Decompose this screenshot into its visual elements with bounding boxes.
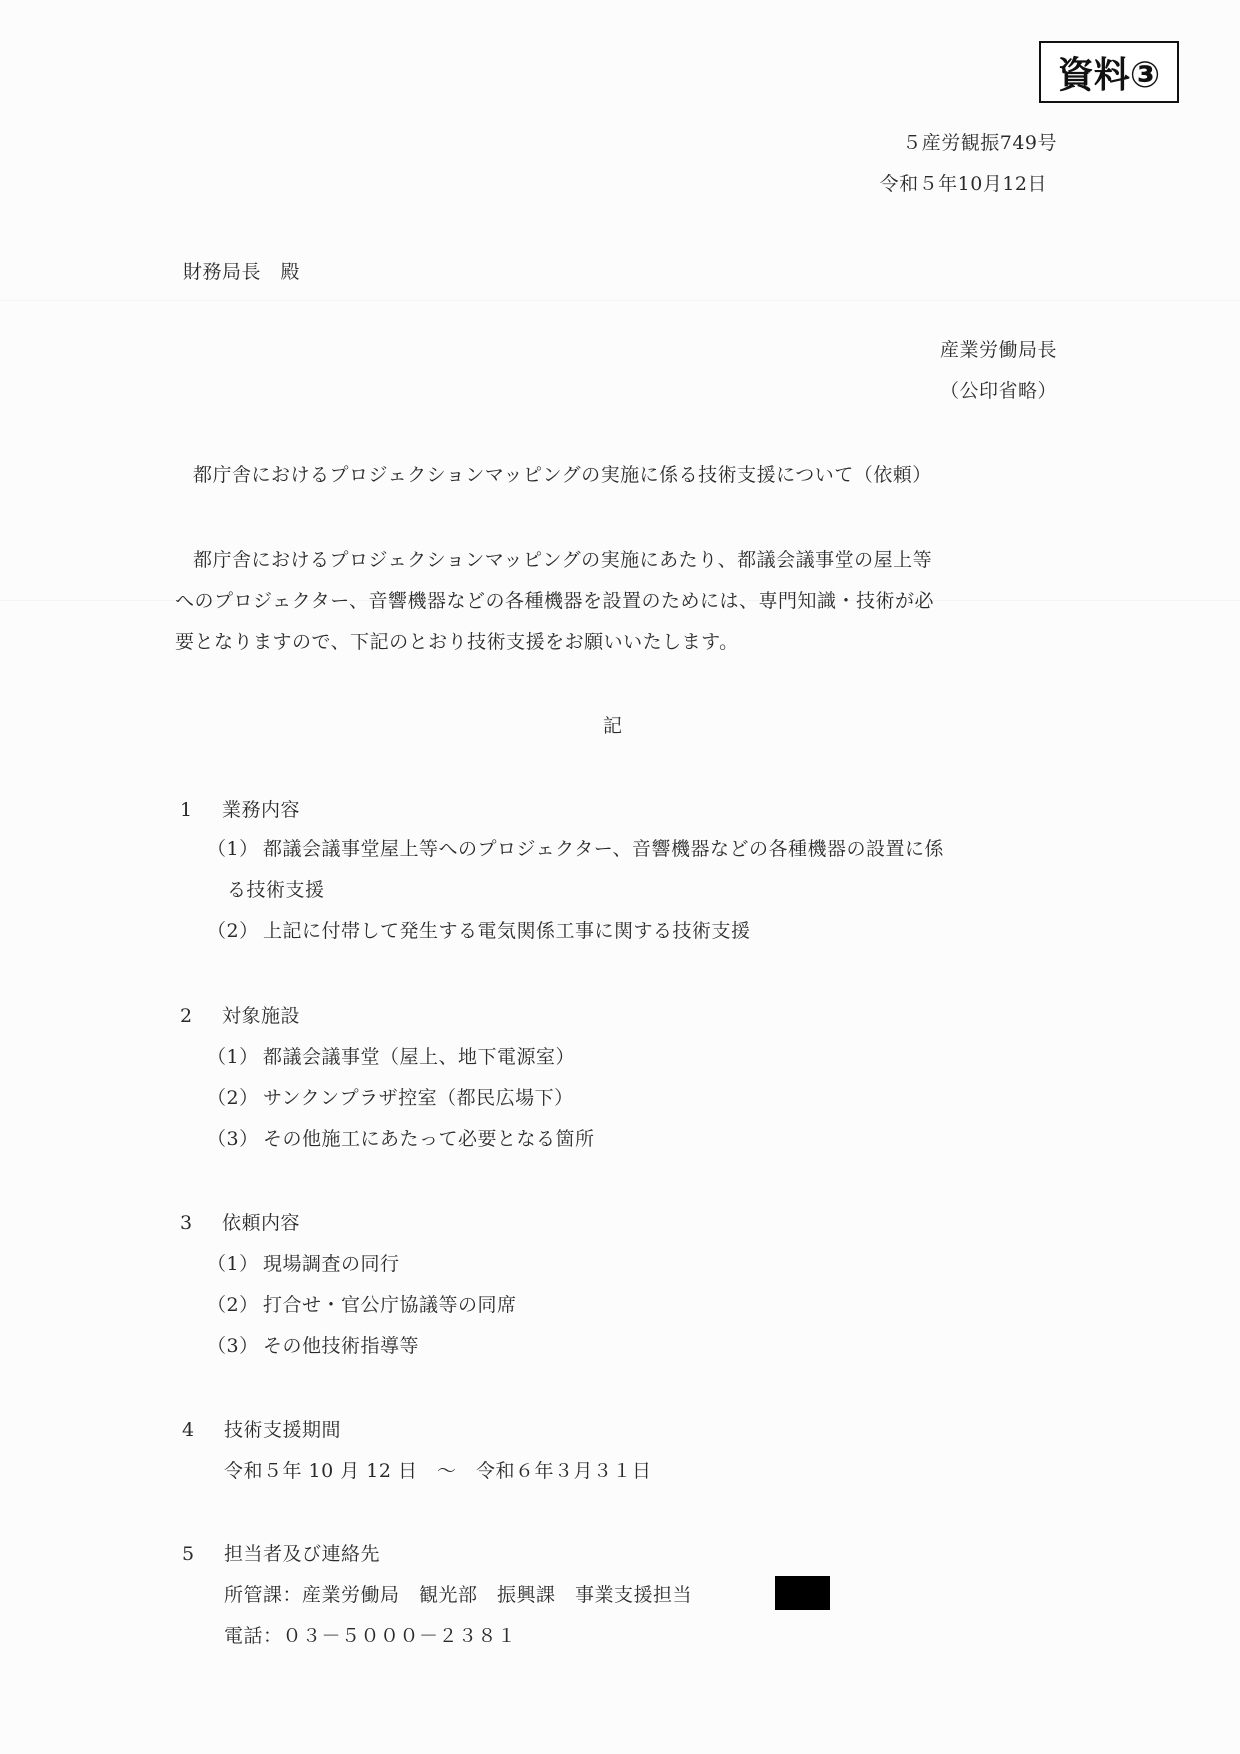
ki-heading: 記	[603, 717, 623, 736]
document-label-box: 資料③	[1039, 41, 1179, 103]
document-title: 都庁舎におけるプロジェクションマッピングの実施に係る技術支援について（依頼）	[193, 466, 932, 485]
item-text: 上記に付帯して発生する電気関係工事に関する技術支援	[263, 922, 751, 941]
section-number: 1	[180, 801, 193, 820]
document-number: ５産労観振749号	[902, 134, 1057, 153]
document-date: 令和５年10月12日	[880, 175, 1047, 194]
section-number: 2	[180, 1007, 193, 1026]
redacted-block	[775, 1576, 830, 1610]
section-number: 3	[180, 1214, 193, 1233]
item-text: その他技術指導等	[263, 1337, 419, 1356]
item-number: （3）	[207, 1337, 259, 1356]
phone-number: 電話：０３－５０００－２３８１	[224, 1627, 517, 1646]
section-number: 5	[182, 1545, 195, 1564]
item-text: 都議会議事堂（屋上、地下電源室）	[263, 1048, 575, 1067]
section-heading: 担当者及び連絡先	[224, 1545, 380, 1564]
responsible-department: 所管課：産業労働局 観光部 振興課 事業支援担当	[224, 1586, 692, 1605]
item-text: 都議会議事堂屋上等へのプロジェクター、音響機器などの各種機器の設置に係	[263, 840, 944, 859]
item-number: （2）	[207, 1089, 259, 1108]
item-number: （3）	[207, 1130, 259, 1149]
section-heading: 技術支援期間	[224, 1421, 341, 1440]
body-line: へのプロジェクター、音響機器などの各種機器を設置のためには、専門知識・技術が必	[175, 592, 934, 611]
section-number: 4	[182, 1421, 195, 1440]
item-number: （1）	[207, 840, 259, 859]
support-period: 令和５年 10 月 12 日 ～ 令和６年３月３１日	[224, 1462, 652, 1481]
item-text: サンクンプラザ控室（都民広場下）	[263, 1089, 574, 1108]
sender: 産業労働局長	[940, 341, 1057, 360]
section-heading: 業務内容	[222, 801, 300, 820]
item-text: 現場調査の同行	[263, 1255, 400, 1274]
seal-note: （公印省略）	[940, 382, 1057, 401]
item-number: （2）	[207, 922, 259, 941]
item-number: （2）	[207, 1296, 259, 1315]
item-number: （1）	[207, 1255, 259, 1274]
item-text: 打合せ・官公庁協議等の同席	[263, 1296, 517, 1315]
section-heading: 対象施設	[222, 1007, 300, 1026]
item-text: その他施工にあたって必要となる箇所	[263, 1130, 595, 1149]
section-heading: 依頼内容	[222, 1214, 300, 1233]
item-number: （1）	[207, 1048, 259, 1067]
document-page: 資料③ ５産労観振749号 令和５年10月12日 財務局長 殿 産業労働局長 （…	[0, 0, 1240, 1754]
addressee: 財務局長 殿	[183, 263, 300, 282]
body-line: 都庁舎におけるプロジェクションマッピングの実施にあたり、都議会議事堂の屋上等	[193, 551, 932, 570]
document-label: 資料③	[1058, 47, 1160, 98]
scan-artifact	[0, 300, 1240, 301]
item-text: る技術支援	[227, 881, 325, 900]
body-line: 要となりますので、下記のとおり技術支援をお願いいたします。	[175, 633, 739, 652]
